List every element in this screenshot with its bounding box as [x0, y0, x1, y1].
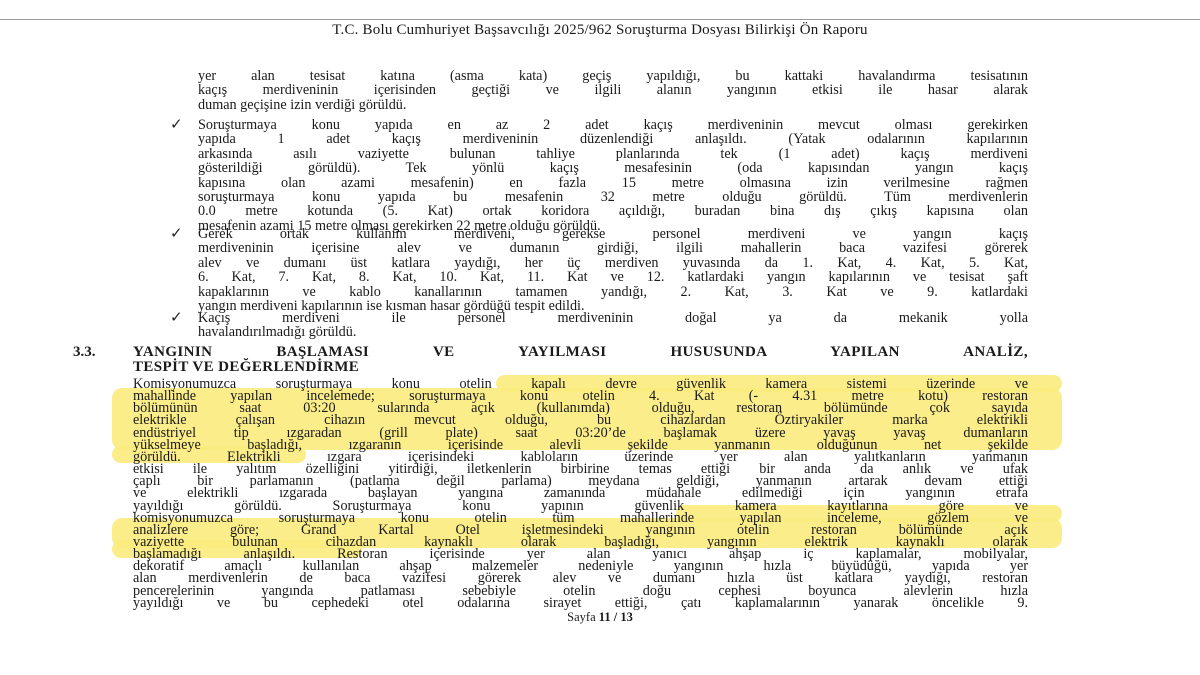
page-separator: / — [614, 610, 617, 624]
document-body: yer alan tesisat katına (asma kata) geçi… — [0, 0, 1200, 675]
section-number: 3.3. — [73, 344, 96, 361]
intro-line: duman geçişine izin verdiği görüldü. — [198, 97, 1028, 113]
section-title: YANGININ BAŞLAMASI VE YAYILMASI HUSUSUND… — [133, 344, 1028, 360]
page-footer: Sayfa 11 / 13 — [0, 610, 1200, 625]
page-current: 11 — [599, 610, 611, 624]
page-total: 13 — [620, 610, 633, 624]
page-label: Sayfa — [567, 610, 595, 624]
checkmark-icon: ✓ — [170, 224, 183, 243]
checkmark-icon: ✓ — [170, 115, 183, 134]
checkmark-icon: ✓ — [170, 308, 183, 327]
section-title-cont: TESPİT VE DEĞERLENDİRME — [133, 359, 359, 375]
bullet-line: havalandırılmadığı görüldü. — [198, 324, 1028, 340]
paragraph-line: yayıldığı ve bu cephedeki otel odalarına… — [133, 595, 1028, 611]
